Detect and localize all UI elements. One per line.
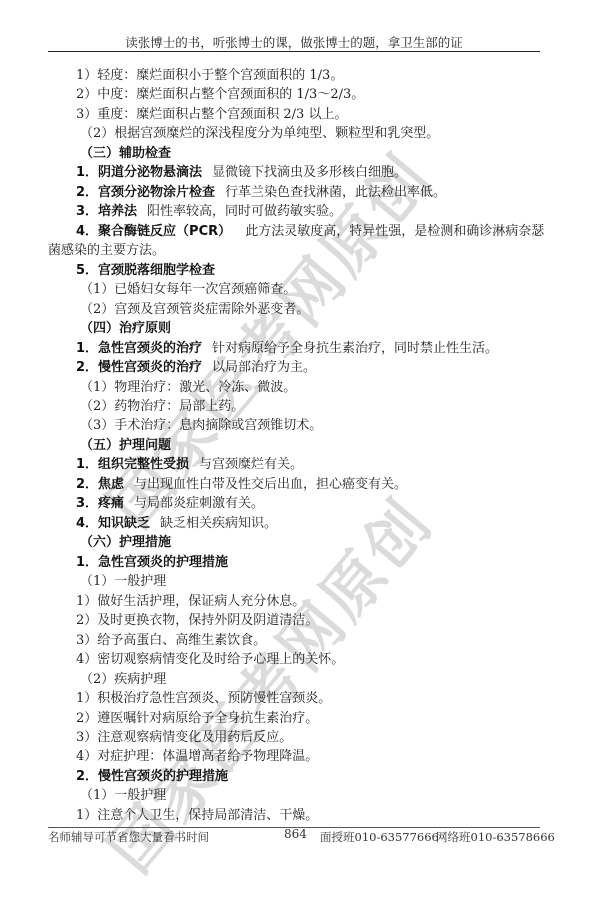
- line-text: （1）一般护理: [80, 574, 166, 589]
- line-heading: 1．阴道分泌物悬滴法: [76, 165, 202, 180]
- line-text: 1）做好生活护理，保证病人充分休息。: [76, 594, 305, 609]
- text-line: （2）根据宫颈糜烂的深浅程度分为单纯型、颗粒型和乳突型。: [80, 124, 439, 143]
- line-text: （1）已婚妇女每年一次宫颈癌筛查。: [80, 282, 296, 297]
- heading-line: （六）护理措施: [80, 533, 171, 552]
- heading-line: 2．慢性宫颈炎的护理措施: [76, 767, 228, 786]
- text-line: 4）密切观察病情变化及时给予心理上的关怀。: [76, 650, 344, 669]
- line-text: 缺乏相关疾病知识。: [160, 516, 277, 531]
- heading-line: 5．宫颈脱落细胞学检查: [76, 261, 215, 280]
- heading-line: 2．宫颈分泌物涂片检查行革兰染色查找淋菌，此法检出率低。: [76, 183, 446, 202]
- heading-line: 2．慢性宫颈炎的治疗以局部治疗为主。: [76, 358, 316, 377]
- line-text: （2）宫颈及宫颈管炎症需除外恶变者。: [80, 302, 309, 317]
- line-text: 3）重度：糜烂面积占整个宫颈面积 2/3 以上。: [76, 107, 347, 122]
- header-divider: [48, 51, 540, 52]
- line-text: 与宫颈糜烂有关。: [199, 457, 303, 472]
- line-text: （2）根据宫颈糜烂的深浅程度分为单纯型、颗粒型和乳突型。: [80, 126, 439, 141]
- footer-onsite-phone: 面授班010-63577666: [320, 829, 439, 845]
- heading-line: （四）治疗原则: [80, 319, 171, 338]
- line-text: （2）疾病护理: [80, 672, 166, 687]
- text-line: 2）遵医嘱针对病原给予全身抗生素治疗。: [76, 709, 318, 728]
- line-text: 与出现血性白带及性交后出血，担心癌变有关。: [134, 477, 407, 492]
- text-line: （2）宫颈及宫颈管炎症需除外恶变者。: [80, 300, 309, 319]
- heading-line: 1．组织完整性受损与宫颈糜烂有关。: [76, 455, 303, 474]
- text-line: 3）注意观察病情变化及用药后反应。: [76, 728, 292, 747]
- footer-tagline: 名师辅导可节省您大量看书时间: [48, 829, 209, 845]
- line-heading: 5．宫颈脱落细胞学检查: [76, 263, 215, 278]
- text-line: 2）及时更换衣物，保持外阴及阴道清洁。: [76, 611, 318, 630]
- heading-line: 4．知识缺乏缺乏相关疾病知识。: [76, 514, 277, 533]
- line-heading: 2．宫颈分泌物涂片检查: [76, 185, 215, 200]
- line-text: 2）遵医嘱针对病原给予全身抗生素治疗。: [76, 711, 318, 726]
- line-text: 针对病原给予全身抗生素治疗，同时禁止性生活。: [212, 341, 498, 356]
- text-line: （1）一般护理: [80, 786, 166, 805]
- header-slogan: 读张博士的书，听张博士的课，做张博士的题，拿卫生部的证: [48, 35, 540, 51]
- footer-online-phone: 网络班010-63578666: [436, 829, 555, 845]
- line-text: 1）轻度：糜烂面积小于整个宫颈面积的 1/3。: [76, 68, 343, 83]
- line-heading: （六）护理措施: [80, 535, 171, 550]
- line-text: 4）对症护理：体温增高者给予物理降温。: [76, 749, 318, 764]
- text-line: 菌感染的主要方法。: [48, 241, 165, 260]
- text-line: 3）重度：糜烂面积占整个宫颈面积 2/3 以上。: [76, 105, 347, 124]
- line-text: 菌感染的主要方法。: [48, 243, 165, 258]
- heading-line: 1．阴道分泌物悬滴法显微镜下找滴虫及多形核白细胞。: [76, 163, 407, 182]
- line-heading: 1．组织完整性受损: [76, 457, 189, 472]
- line-text: 1）积极治疗急性宫颈炎、预防慢性宫颈炎。: [76, 691, 331, 706]
- text-line: （2）药物治疗：局部上药。: [80, 397, 244, 416]
- text-line: 1）做好生活护理，保证病人充分休息。: [76, 592, 305, 611]
- line-text: （3）手术治疗：息肉摘除或宫颈锥切术。: [80, 418, 322, 433]
- heading-line: 3．培养法阳性率较高，同时可做药敏实验。: [76, 202, 342, 221]
- line-text: 3）注意观察病情变化及用药后反应。: [76, 730, 292, 745]
- line-text: 2）中度：糜烂面积占整个宫颈面积的 1/3～2/3。: [76, 87, 364, 102]
- line-text: 以局部治疗为主。: [212, 360, 316, 375]
- heading-line: 1．急性宫颈炎的护理措施: [76, 553, 228, 572]
- text-line: （1）物理治疗：激光、冷冻、微波。: [80, 378, 296, 397]
- line-text: 此方法灵敏度高，特异性强，是检测和确诊淋病奈瑟: [241, 224, 544, 239]
- text-line: 1）轻度：糜烂面积小于整个宫颈面积的 1/3。: [76, 66, 343, 85]
- line-text: 显微镜下找滴虫及多形核白细胞。: [212, 165, 407, 180]
- heading-line: 1．急性宫颈炎的治疗针对病原给予全身抗生素治疗，同时禁止性生活。: [76, 339, 498, 358]
- text-line: 1）积极治疗急性宫颈炎、预防慢性宫颈炎。: [76, 689, 331, 708]
- line-heading: 2．慢性宫颈炎的治疗: [76, 360, 202, 375]
- line-heading: 1．急性宫颈炎的治疗: [76, 341, 202, 356]
- heading-line: （三）辅助检查: [80, 144, 171, 163]
- line-heading: 4．聚合酶链反应（PCR）: [76, 224, 231, 239]
- line-heading: 3．培养法: [76, 204, 137, 219]
- line-text: 与局部炎症刺激有关。: [134, 496, 264, 511]
- line-text: 阳性率较高，同时可做药敏实验。: [147, 204, 342, 219]
- line-heading: 2．焦虑: [76, 477, 124, 492]
- text-line: （1）已婚妇女每年一次宫颈癌筛查。: [80, 280, 296, 299]
- text-line: 1）注意个人卫生，保持局部清洁、干燥。: [76, 806, 318, 825]
- line-heading: （五）护理问题: [80, 438, 171, 453]
- line-text: 4）密切观察病情变化及时给予心理上的关怀。: [76, 652, 344, 667]
- line-heading: 4．知识缺乏: [76, 516, 150, 531]
- line-text: 1）注意个人卫生，保持局部清洁、干燥。: [76, 808, 318, 823]
- line-text: （1）一般护理: [80, 788, 166, 803]
- line-text: 2）及时更换衣物，保持外阴及阴道清洁。: [76, 613, 318, 628]
- line-heading: （三）辅助检查: [80, 146, 171, 161]
- heading-line: 3．疼痛与局部炎症刺激有关。: [76, 494, 264, 513]
- line-text: （1）物理治疗：激光、冷冻、微波。: [80, 380, 296, 395]
- line-text: （2）药物治疗：局部上药。: [80, 399, 244, 414]
- text-line: 2）中度：糜烂面积占整个宫颈面积的 1/3～2/3。: [76, 85, 364, 104]
- text-line: （1）一般护理: [80, 572, 166, 591]
- text-line: （2）疾病护理: [80, 670, 166, 689]
- line-heading: （四）治疗原则: [80, 321, 171, 336]
- heading-line: 4．聚合酶链反应（PCR） 此方法灵敏度高，特异性强，是检测和确诊淋病奈瑟: [76, 222, 544, 241]
- line-heading: 1．急性宫颈炎的护理措施: [76, 555, 228, 570]
- text-line: 4）对症护理：体温增高者给予物理降温。: [76, 747, 318, 766]
- line-heading: 3．疼痛: [76, 496, 124, 511]
- text-line: 3）给予高蛋白、高维生素饮食。: [76, 631, 266, 650]
- line-heading: 2．慢性宫颈炎的护理措施: [76, 769, 228, 784]
- page-number: 864: [284, 826, 307, 842]
- line-text: 行革兰染色查找淋菌，此法检出率低。: [225, 185, 446, 200]
- heading-line: 2．焦虑与出现血性白带及性交后出血，担心癌变有关。: [76, 475, 407, 494]
- line-text: 3）给予高蛋白、高维生素饮食。: [76, 633, 266, 648]
- text-line: （3）手术治疗：息肉摘除或宫颈锥切术。: [80, 416, 322, 435]
- heading-line: （五）护理问题: [80, 436, 171, 455]
